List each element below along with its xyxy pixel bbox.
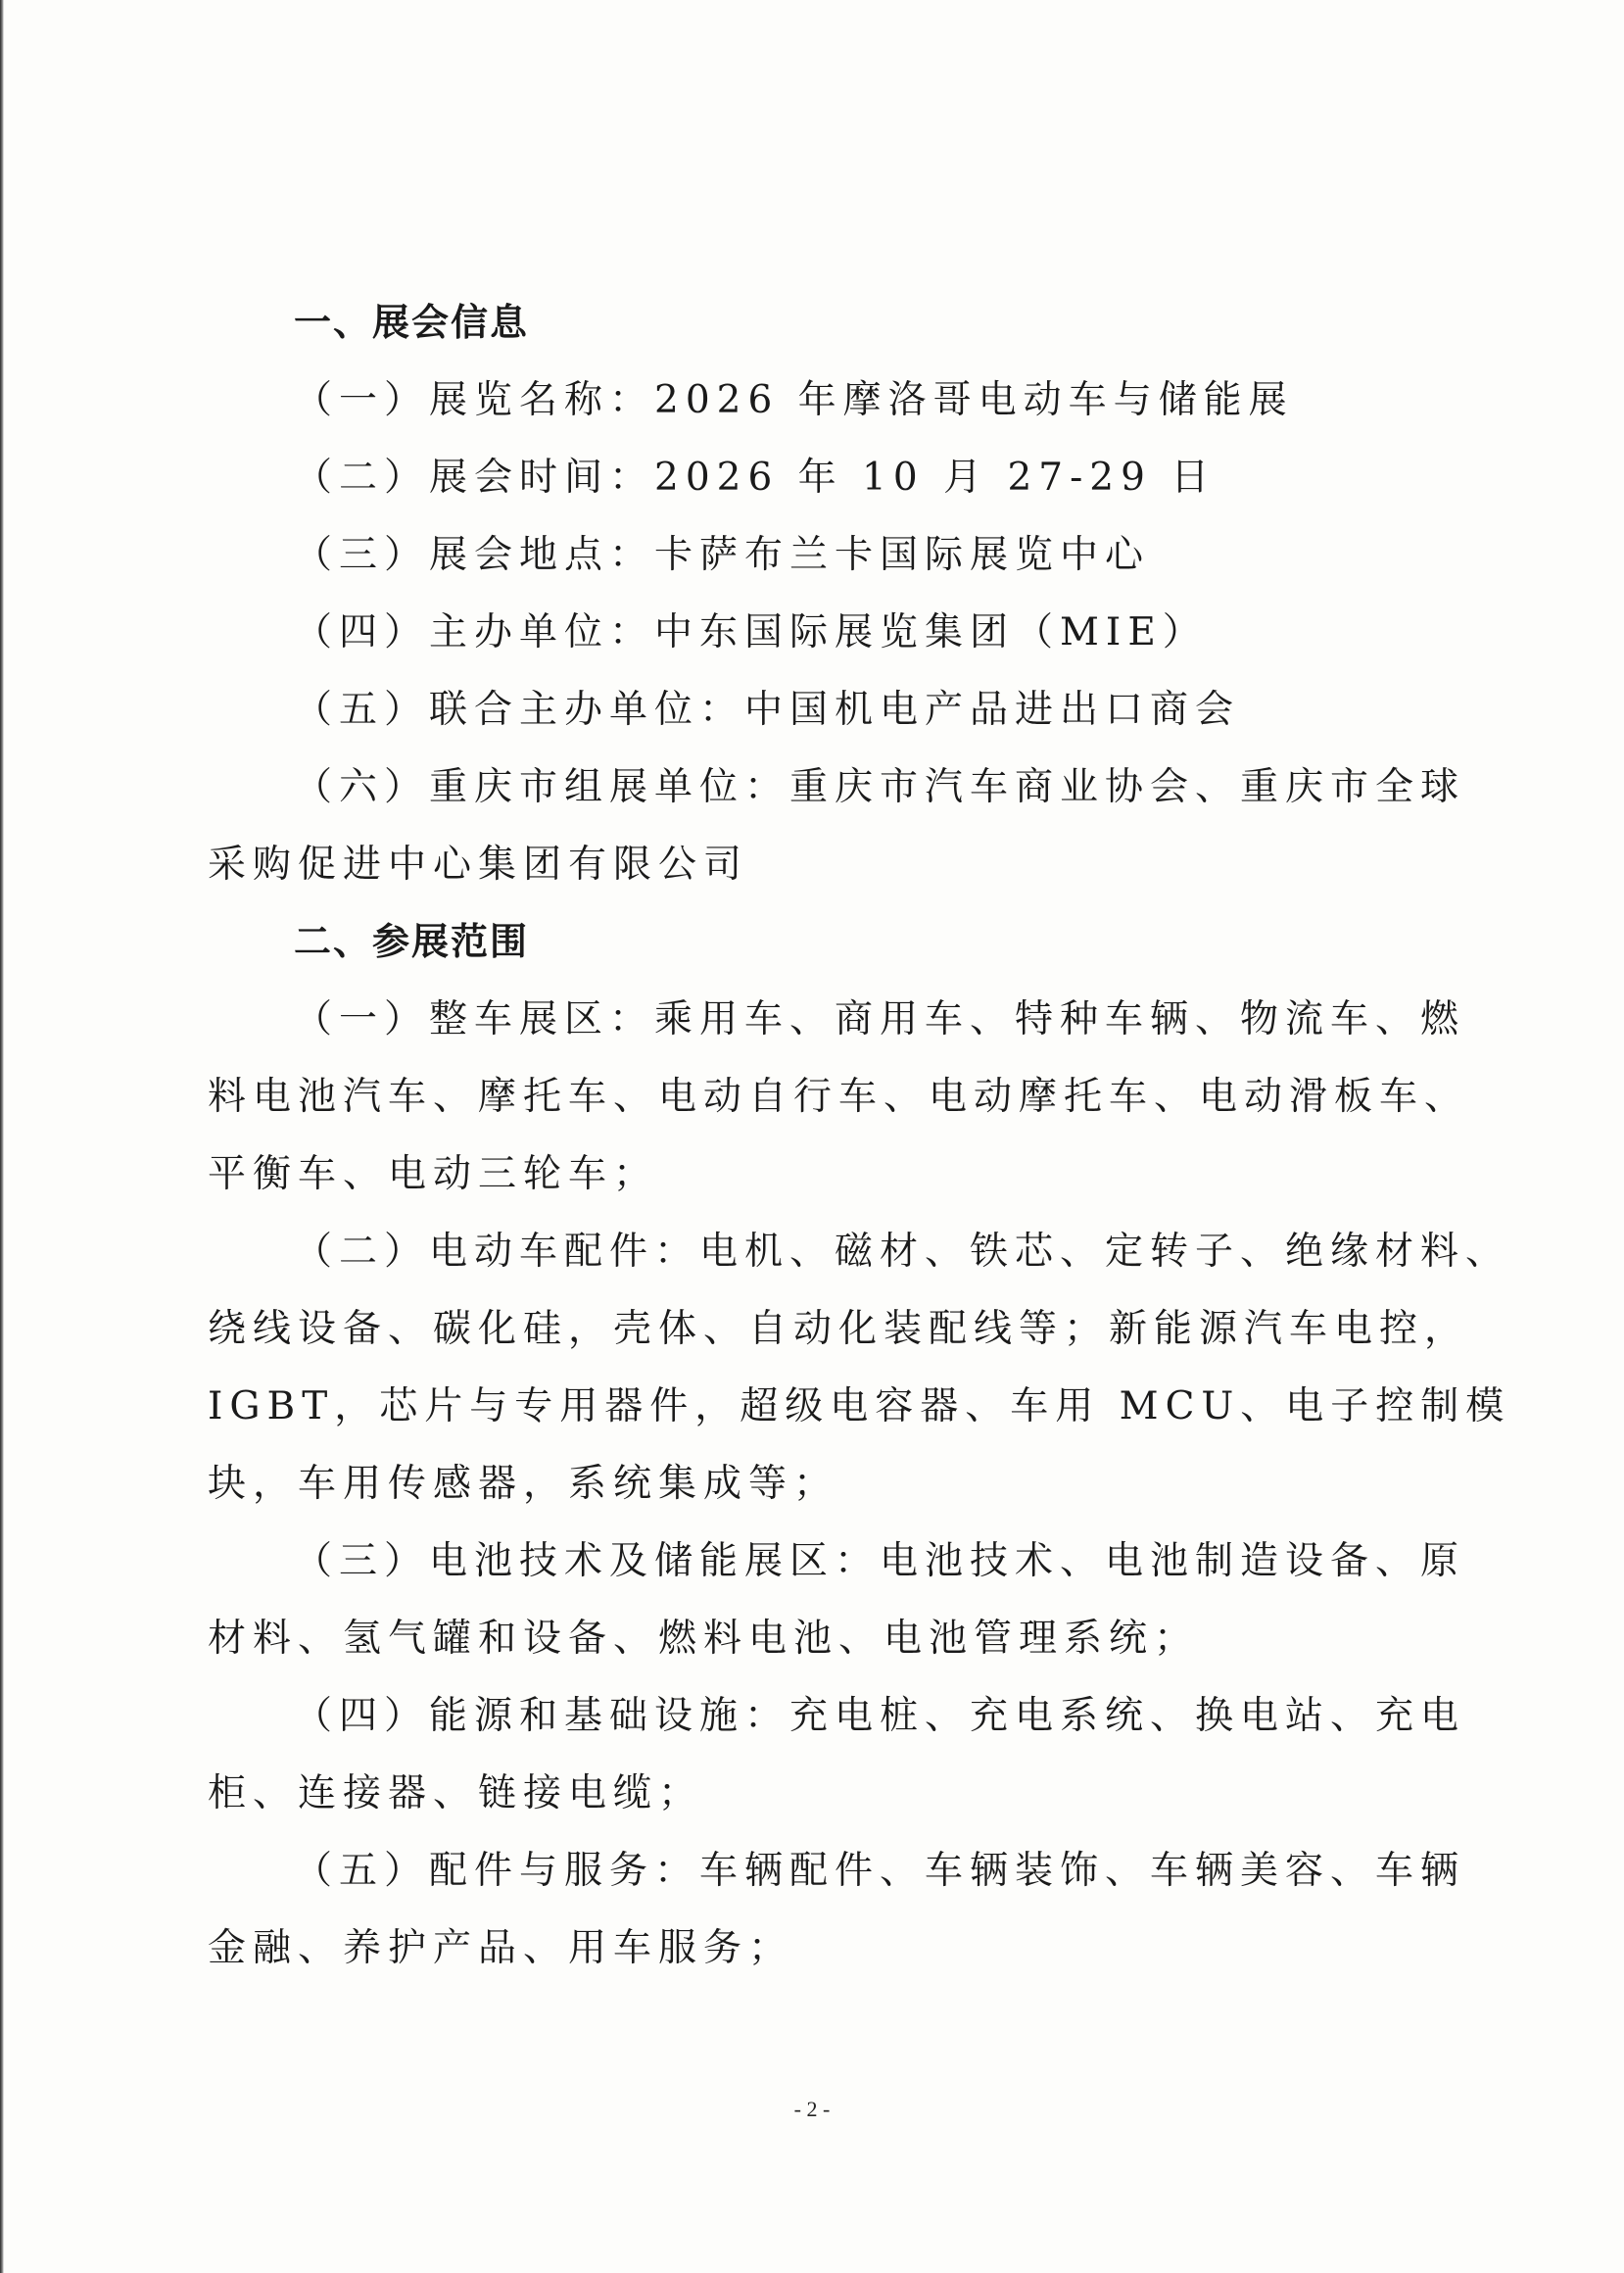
- scope-item-vehicles-cont: 平衡车、电动三轮车；: [208, 1136, 1412, 1213]
- info-item-local-organizer-cont: 采购促进中心集团有限公司: [208, 826, 1412, 903]
- info-item-organizer: （四）主办单位：中东国际展览集团（MIE）: [208, 594, 1412, 671]
- document-body: 一、展会信息 （一）展览名称：2026 年摩洛哥电动车与储能展 （二）展会时间：…: [208, 284, 1412, 1987]
- page-number: - 2 -: [0, 2097, 1624, 2122]
- scope-item-parts-cont: 绕线设备、碳化硅，壳体、自动化装配线等；新能源汽车电控，: [208, 1290, 1412, 1368]
- info-item-local-organizer: （六）重庆市组展单位：重庆市汽车商业协会、重庆市全球: [208, 749, 1412, 826]
- scope-item-vehicles-cont: 料电池汽车、摩托车、电动自行车、电动摩托车、电动滑板车、: [208, 1058, 1412, 1136]
- info-item-venue: （三）展会地点：卡萨布兰卡国际展览中心: [208, 516, 1412, 594]
- scope-item-parts: （二）电动车配件：电机、磁材、铁芯、定转子、绝缘材料、: [208, 1213, 1412, 1290]
- scope-item-services-cont: 金融、养护产品、用车服务；: [208, 1910, 1412, 1987]
- section-heading: 二、参展范围: [208, 903, 1412, 981]
- scope-item-battery: （三）电池技术及储能展区：电池技术、电池制造设备、原: [208, 1523, 1412, 1600]
- scope-item-parts-cont: IGBT，芯片与专用器件，超级电容器、车用 MCU、电子控制模: [208, 1368, 1412, 1445]
- scope-item-vehicles: （一）整车展区：乘用车、商用车、特种车辆、物流车、燃: [208, 981, 1412, 1058]
- scan-edge: [0, 0, 4, 2273]
- scope-item-parts-cont: 块，车用传感器，系统集成等；: [208, 1445, 1412, 1523]
- section-heading: 一、展会信息: [208, 284, 1412, 362]
- scope-item-services: （五）配件与服务：车辆配件、车辆装饰、车辆美容、车辆: [208, 1832, 1412, 1910]
- scope-item-energy: （四）能源和基础设施：充电桩、充电系统、换电站、充电: [208, 1677, 1412, 1755]
- scope-item-energy-cont: 柜、连接器、链接电缆；: [208, 1755, 1412, 1832]
- info-item-name: （一）展览名称：2026 年摩洛哥电动车与储能展: [208, 362, 1412, 439]
- info-item-date: （二）展会时间：2026 年 10 月 27-29 日: [208, 439, 1412, 516]
- scope-item-battery-cont: 材料、氢气罐和设备、燃料电池、电池管理系统；: [208, 1600, 1412, 1677]
- info-item-co-organizer: （五）联合主办单位：中国机电产品进出口商会: [208, 671, 1412, 749]
